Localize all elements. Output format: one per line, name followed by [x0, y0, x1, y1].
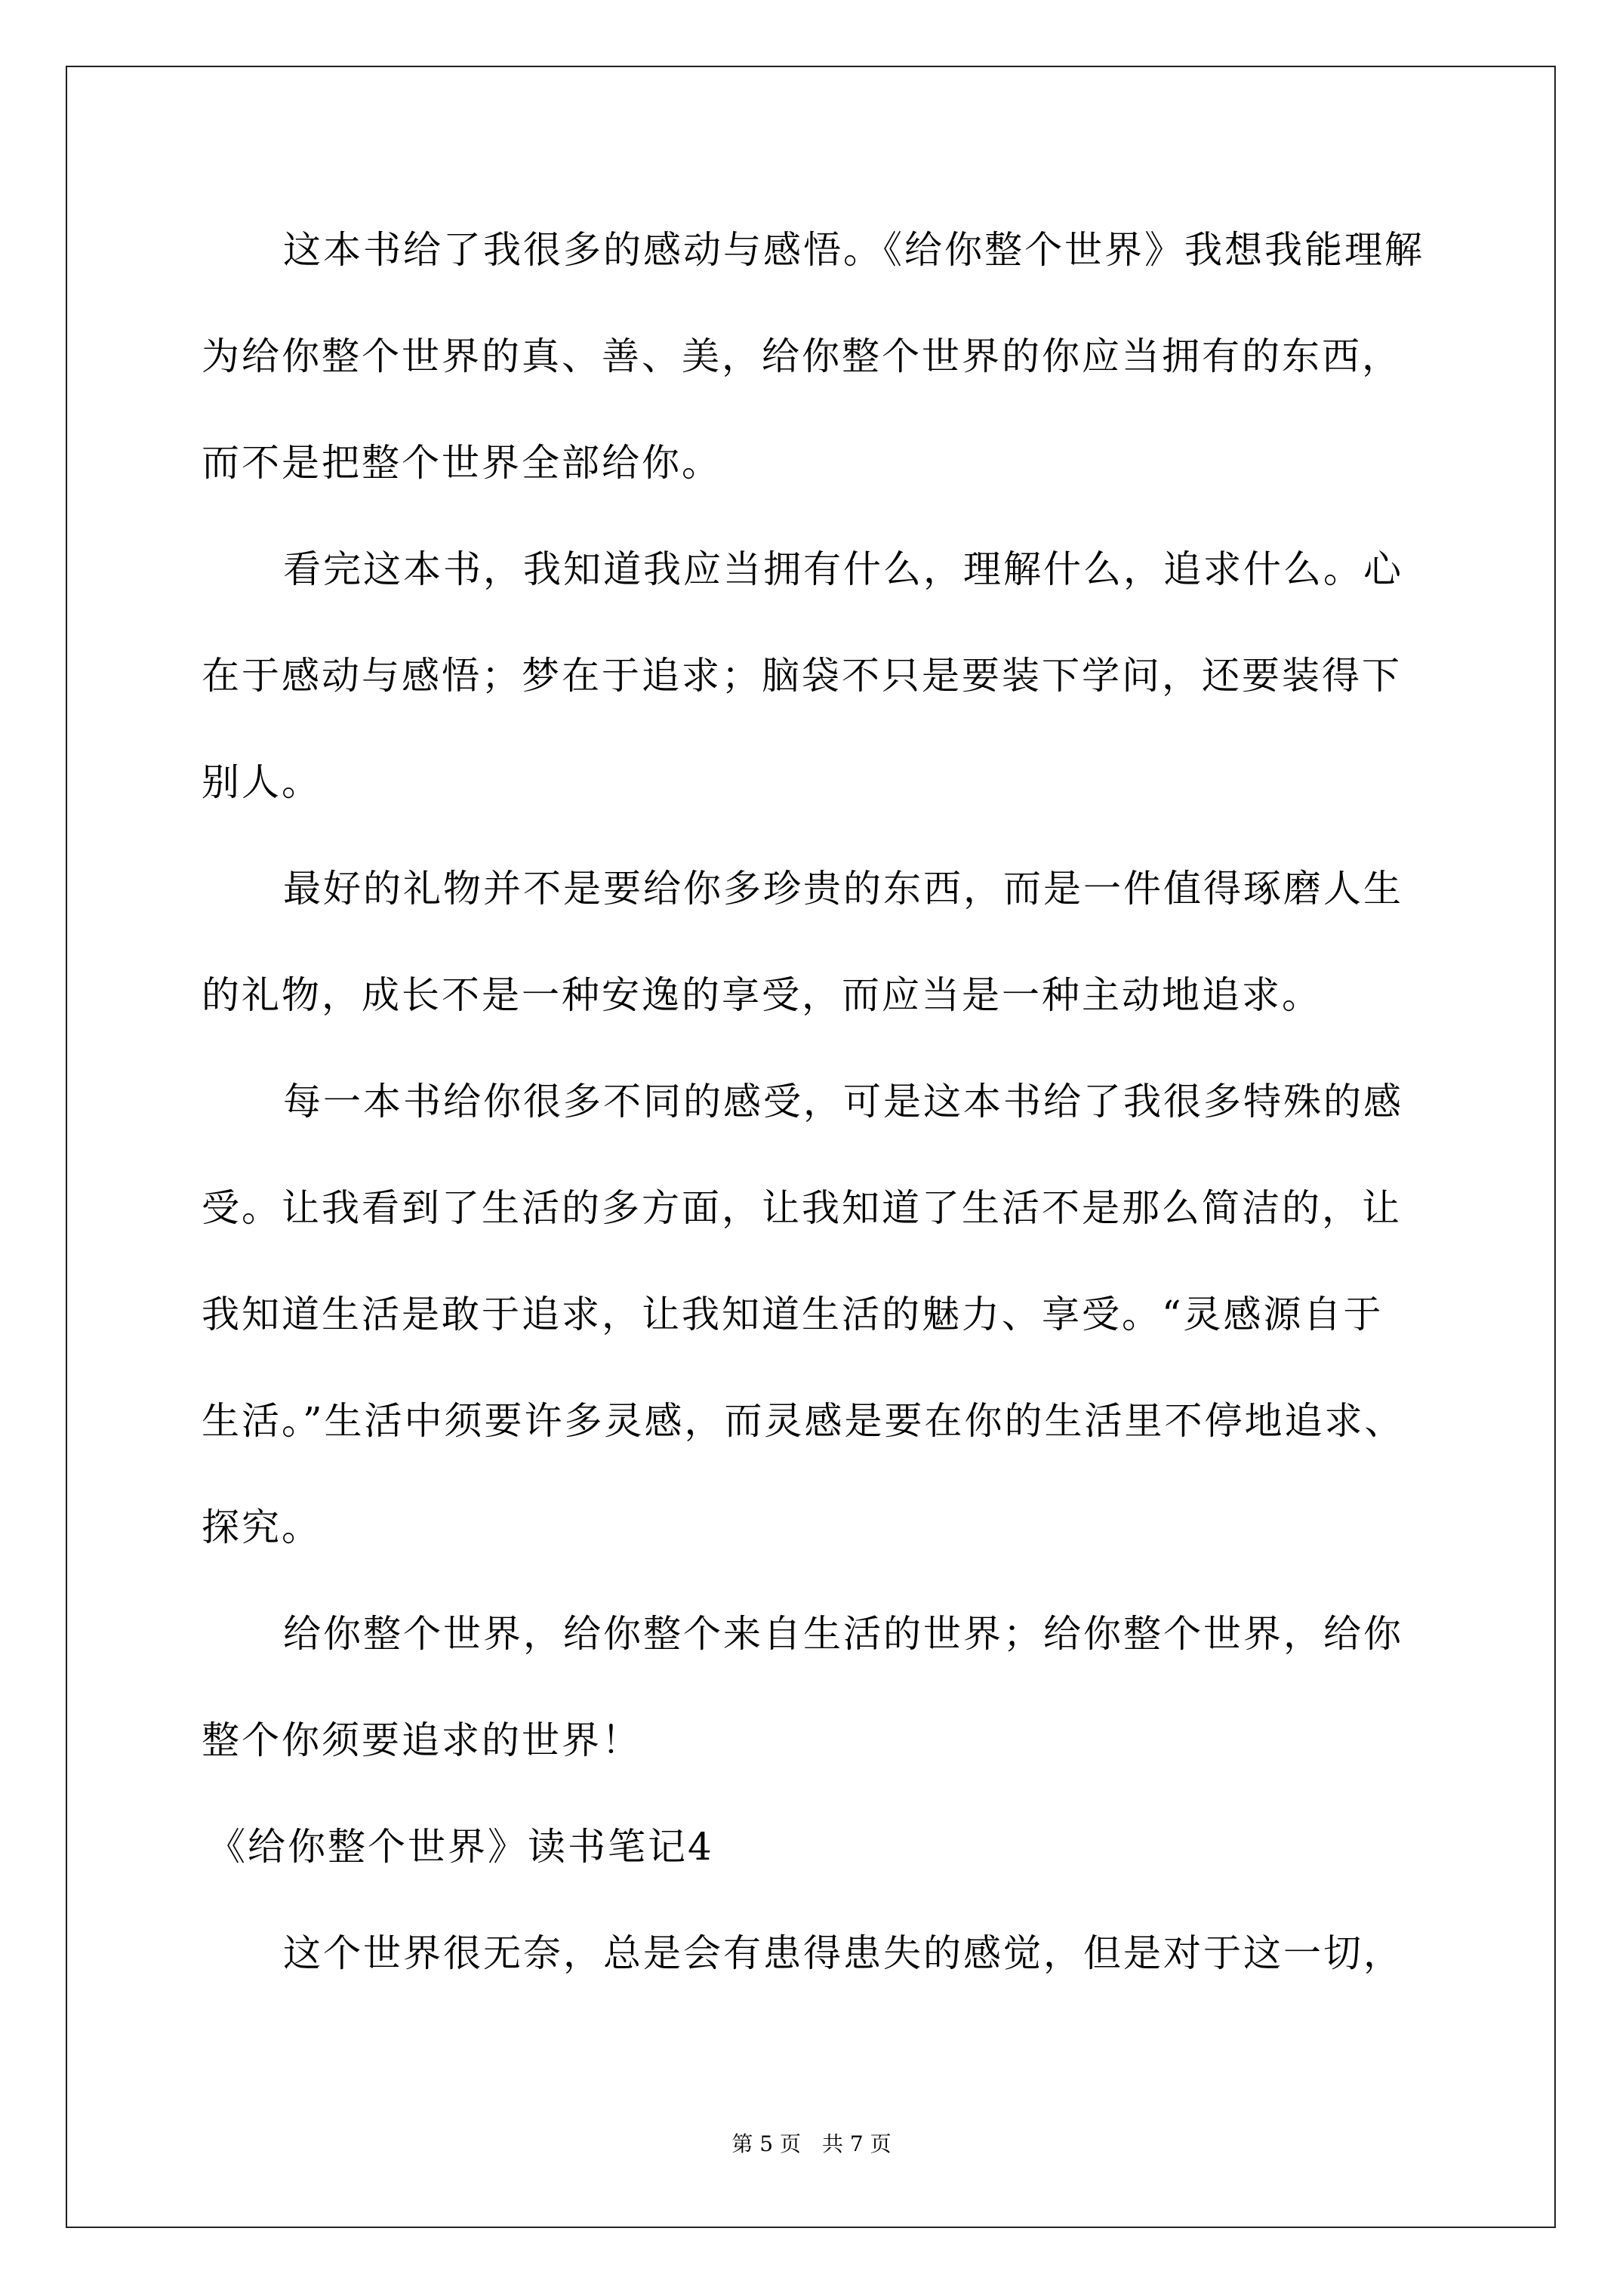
paragraph-1-line-1: 这本书给了我很多的感动与感悟。《给你整个世界》我想我能理解	[283, 227, 1424, 273]
paragraph-1-line-3: 而不是把整个世界全部给你。	[202, 440, 722, 485]
paragraph-4-line-5: 探究。	[202, 1505, 322, 1550]
paragraph-2-line-1: 看完这本书，我知道我应当拥有什么，理解什么，追求什么。心	[283, 547, 1403, 592]
page-border	[66, 66, 1556, 2228]
paragraph-1-line-2: 为给你整个世界的真、善、美，给你整个世界的你应当拥有的东西，	[202, 334, 1402, 379]
paragraph-4-line-4: 生活。”生活中须要许多灵感，而灵感是要在你的生活里不停地追求、	[202, 1398, 1405, 1444]
section-heading: 《给你整个世界》读书笔记4	[208, 1824, 714, 1869]
paragraph-4-line-3: 我知道生活是敢于追求，让我知道生活的魅力、享受。“灵感源自于	[202, 1292, 1384, 1337]
paragraph-3-line-1: 最好的礼物并不是要给你多珍贵的东西，而是一件值得琢磨人生	[283, 866, 1403, 911]
paragraph-4-line-2: 受。让我看到了生活的多方面，让我知道了生活不是那么简洁的，让	[202, 1185, 1402, 1231]
paragraph-2-line-3: 别人。	[202, 760, 322, 805]
paragraph-4-line-1: 每一本书给你很多不同的感受，可是这本书给了我很多特殊的感	[283, 1079, 1403, 1124]
paragraph-2-line-2: 在于感动与感悟；梦在于追求；脑袋不只是要装下学问，还要装得下	[202, 653, 1402, 698]
page-footer: 第 5 页 共 7 页	[0, 2131, 1623, 2158]
paragraph-5-line-2: 整个你须要追求的世界！	[202, 1718, 642, 1763]
paragraph-5-line-1: 给你整个世界，给你整个来自生活的世界；给你整个世界，给你	[283, 1611, 1403, 1657]
paragraph-6-line-1: 这个世界很无奈，总是会有患得患失的感觉，但是对于这一切，	[283, 1931, 1403, 1976]
paragraph-3-line-2: 的礼物，成长不是一种安逸的享受，而应当是一种主动地追求。	[202, 972, 1322, 1018]
